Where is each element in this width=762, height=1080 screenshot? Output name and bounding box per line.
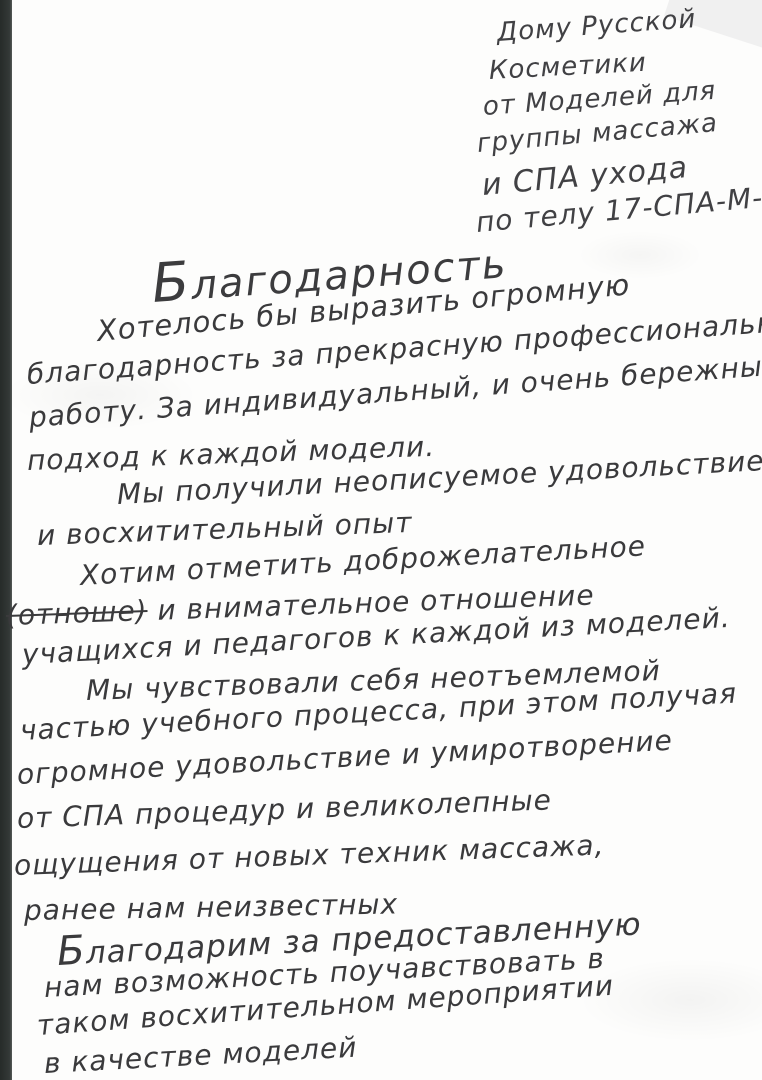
paragraph-4-line-4: от СПА процедур и великолепные	[16, 783, 552, 835]
paragraph-4-line-5: ощущения от новых техник массажа,	[13, 828, 605, 882]
scanned-letter-page: Дому Русской Косметики от Моделей для гр…	[0, 0, 762, 1080]
header-line-1: Дому Русской	[496, 4, 697, 48]
scanner-edge-strip	[0, 0, 12, 1080]
struck-out-word: (отноше)	[5, 594, 148, 632]
header-line-2: Косметики	[488, 48, 647, 86]
